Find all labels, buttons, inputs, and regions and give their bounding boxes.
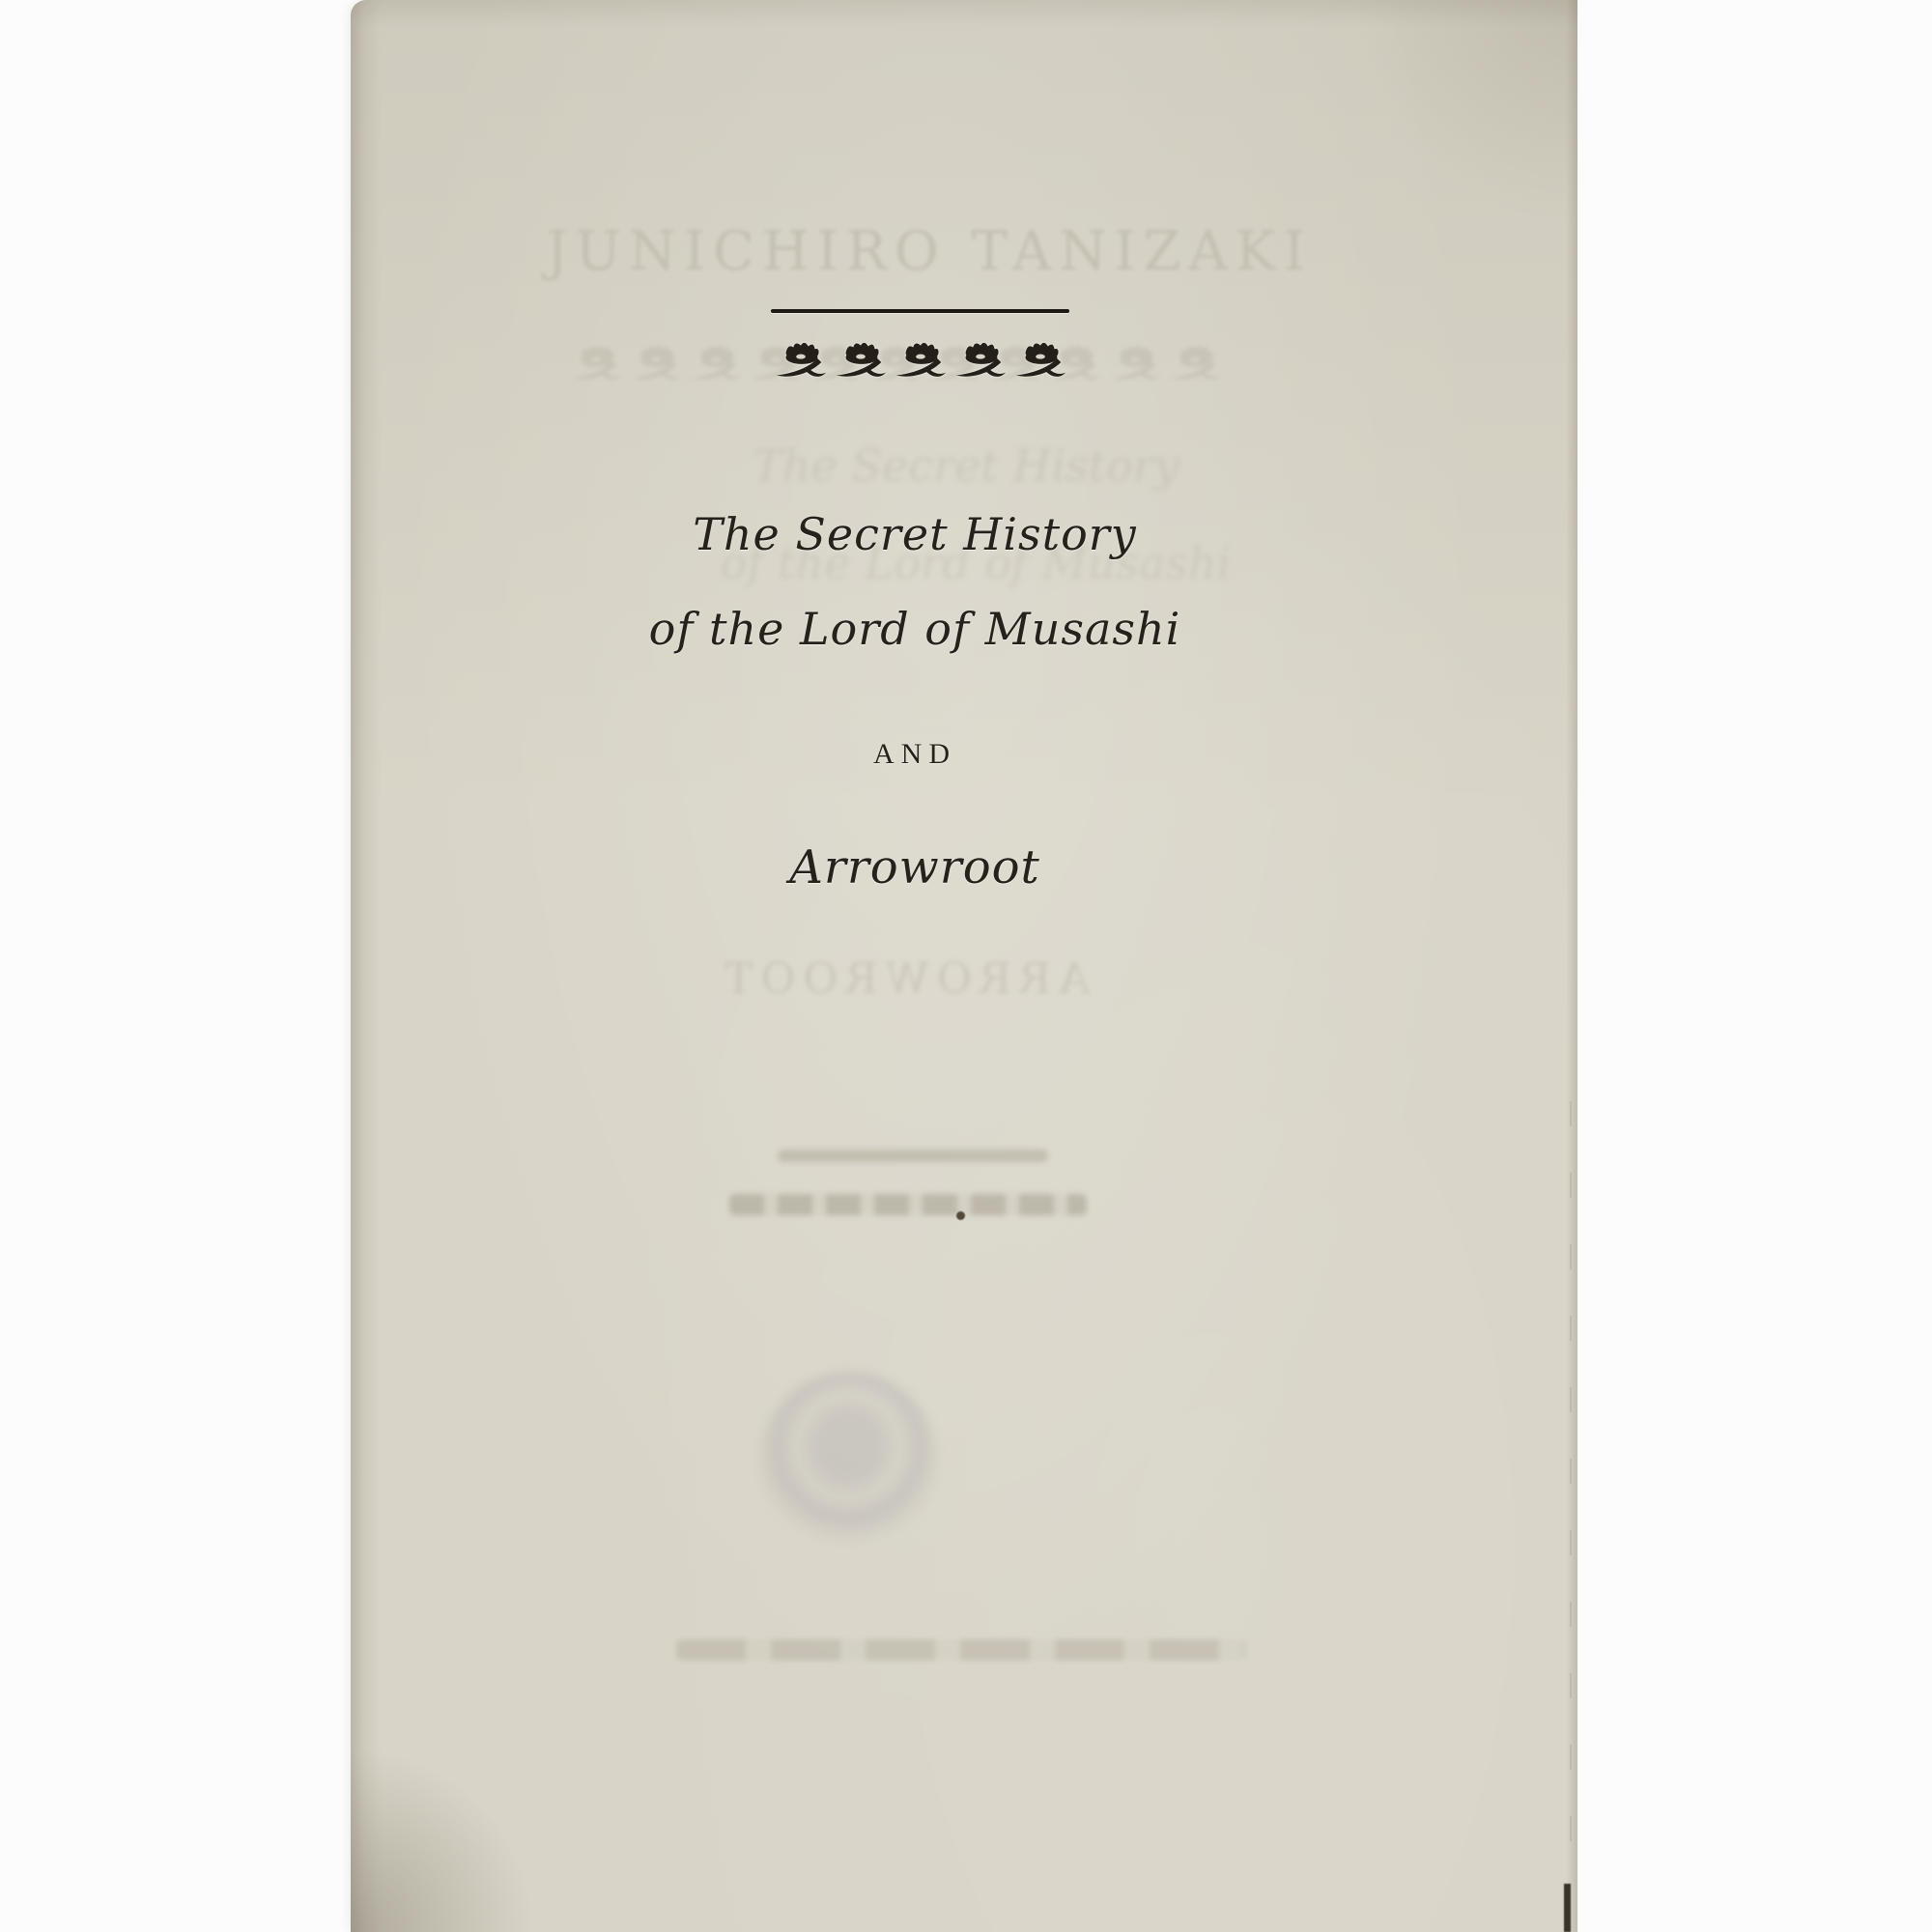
ghost-publisher-logo	[759, 1372, 938, 1550]
ghost-second-title-caps: ARROWROOT	[351, 954, 1456, 1004]
fleuron-ornament-icon	[833, 339, 889, 384]
fleuron-ornament-icon	[773, 339, 829, 384]
title-line-1: The Secret History	[351, 510, 1479, 559]
photo-backdrop: JUNICHIRO TANIZAKI The Secret History of…	[0, 0, 1932, 1932]
page-edge-crease	[1570, 1101, 1572, 1874]
ghost-author-name: JUNICHIRO TANIZAKI	[351, 220, 1508, 283]
fleuron-ornament-icon	[1167, 342, 1223, 386]
ink-speck	[956, 1211, 965, 1220]
ghost-title-line-1: The Secret History	[386, 440, 1546, 492]
ghost-imprint-smudge	[676, 1639, 1246, 1661]
conjunction-and: AND	[351, 738, 1479, 771]
fleuron-ornament-icon	[568, 342, 624, 386]
page-edge-dark-mark	[1564, 1884, 1571, 1932]
fleuron-ornament-icon	[1012, 339, 1068, 384]
title-line-2: of the Lord of Musashi	[351, 605, 1479, 654]
fleuron-ornament-icon	[1107, 342, 1163, 386]
ghost-byline-smudge	[778, 1150, 1048, 1162]
ornament-row	[773, 339, 1068, 384]
fleuron-ornament-icon	[688, 342, 744, 386]
fleuron-ornament-icon	[893, 339, 949, 384]
horizontal-rule	[771, 309, 1069, 313]
ghost-translator-smudge	[729, 1194, 1087, 1215]
second-title-arrowroot: Arrowroot	[351, 840, 1479, 895]
fleuron-ornament-icon	[952, 339, 1009, 384]
fleuron-ornament-icon	[628, 342, 684, 386]
book-page: JUNICHIRO TANIZAKI The Secret History of…	[351, 0, 1577, 1932]
